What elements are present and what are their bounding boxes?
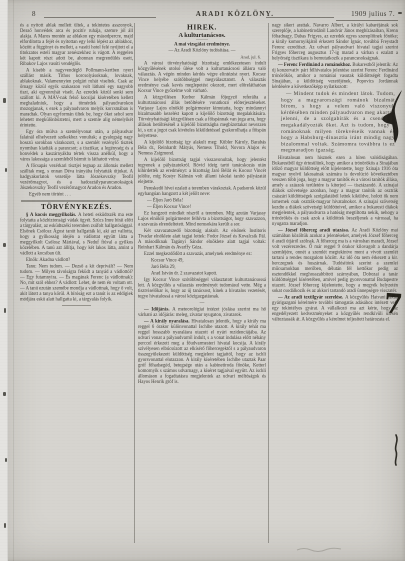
- news-paragraph: Igy Kocsur Vince szótöbbséggel választat…: [138, 278, 266, 300]
- court-dialogue: Tanu: Nem tudom. — Dezső a kit deprivált…: [20, 264, 133, 303]
- column-right: nagy sikert arattak. Navarro Albert, a k…: [272, 23, 398, 542]
- jozsef-foherceg-item: — József főherceg aradi utazása. Az Arad…: [272, 228, 398, 294]
- vote-result: Jaró Béla 29,: [138, 265, 266, 271]
- item-lead: § A kocsis meggyilkolás.: [26, 213, 78, 218]
- vote-result: Arad István dr. 2 szavazatot kapott.: [138, 271, 266, 277]
- news-paragraph: A kijelölő bizottság tagjai visszavonult…: [138, 158, 266, 186]
- page-number: 8: [32, 10, 36, 18]
- king-item: — A király nyaralása. Hivatalosan jelent…: [138, 319, 266, 385]
- hirek-heading: HIREK.: [138, 25, 266, 31]
- news-paragraph: Pereskedő hívei ezalatt a teremben várak…: [138, 186, 266, 197]
- header-rule-under-date: [336, 20, 398, 21]
- continuation-paragraph: és a nyitott ablak mellett ültek, a teki…: [20, 23, 133, 67]
- heading-divider: [197, 40, 208, 41]
- handwritten-numeral: 7: [383, 288, 404, 320]
- scan-edge: [0, 0, 8, 561]
- newspaper-page: 8 ARADI KÖZLÖNY. 1909 julius 7. és a nyi…: [0, 0, 405, 561]
- weather-item: — Időjárás. A meteorológiai intézet jósl…: [138, 307, 266, 318]
- header-rule-right: [266, 17, 334, 18]
- fold-line: [13, 0, 14, 561]
- column-separator: [268, 23, 269, 543]
- section-divider-rule: [21, 201, 132, 202]
- dateline: Arad, jul. 6.: [138, 55, 266, 61]
- item-separator: —: [138, 301, 266, 307]
- closing-line: Egyéb nem történt . . .: [20, 192, 133, 198]
- news-paragraph: Két szavazatszedő bizottság alakult. Az …: [138, 229, 266, 251]
- pencil-scribble: [296, 547, 342, 552]
- exclamation-line: — Éljen Kocsur Vince!: [138, 205, 266, 211]
- binding-speck: [4, 523, 6, 528]
- item-lead: — A király nyaralása.: [144, 319, 191, 324]
- column-separator: [134, 23, 135, 543]
- binding-speck: [4, 308, 6, 313]
- news-paragraph: Ez hangzott mindkét részről a teremben. …: [138, 211, 266, 228]
- header-rule-left: [44, 17, 156, 18]
- binding-speck: [3, 392, 6, 396]
- column-middle: HIREK.A kulturtanácsos.A mai vizsgálat e…: [138, 23, 266, 544]
- kulturtanacsos-heading: A kulturtanácsos.: [138, 33, 266, 39]
- court-dialogue: Elnök: Akadna vádlott?: [20, 258, 133, 264]
- court-report-item: § A kocsis meggyilkolás. A heteti esküdt…: [20, 213, 133, 257]
- news-paragraph: A közgyűlésen Korber Kálmán főjegyző ref…: [138, 95, 266, 139]
- binding-speck: [5, 458, 7, 462]
- item-lead: — Az aradi textilgyár szerelése.: [278, 295, 345, 300]
- byline: — Az Aradi Közlöny tudósítása. —: [138, 48, 266, 54]
- text-paragraph: Egy óra múlva a személyvonat után, a pál…: [20, 130, 133, 163]
- trónörökös-quote: — Mindent tudok és mindent látok. Tudom,…: [281, 91, 395, 154]
- news-paragraph: Ezzel megkezdődött a szavazás, amelynek …: [138, 252, 266, 258]
- text-paragraph: A kisebb a nagyvendéglő Pollmann-kertben…: [20, 68, 133, 129]
- textilgyar-item: — Az aradi textilgyár szerelése. A közgy…: [272, 295, 398, 323]
- item-lead: — Ferenc Ferdinánd a románokhoz.: [278, 63, 352, 68]
- binding-speck: [5, 168, 7, 172]
- vote-result: Kocsur Vince 49,: [138, 258, 266, 264]
- subheading: A mai vizsgálat eredménye.: [138, 42, 266, 48]
- item-lead: — Időjárás.: [144, 307, 172, 312]
- binding-speck: [3, 243, 6, 247]
- column-left: és a nyitott ablak mellett ültek, a teki…: [20, 23, 133, 537]
- text-paragraph: A főcsapás vezérkari tisztjei tegnap az …: [20, 164, 133, 192]
- news-paragraph: Hivatalosan nem hisznek ezen a híren val…: [272, 155, 398, 227]
- item-lead: — József főherceg aradi utazása.: [278, 228, 351, 233]
- continuation-paragraph: nagy sikert arattak. Navarro Albert, a k…: [272, 23, 398, 62]
- issue-date: 1909 julius 7.: [351, 10, 395, 18]
- torvenykezes-heading: TÖRVÉNYKEZÉS.: [20, 205, 133, 211]
- exclamation-line: — Éljen Jaró Béla!: [138, 198, 266, 204]
- column-end-rule: [62, 306, 91, 307]
- news-paragraph: A kijelölő bizottság így alakult meg: Kü…: [138, 140, 266, 157]
- binding-speck: [3, 98, 6, 103]
- ferenc-ferdinand-item: — Ferenc Ferdinánd a románokhoz. Bukares…: [272, 63, 398, 91]
- news-paragraph: A városi törvényhatósági bizottság emlék…: [138, 61, 266, 94]
